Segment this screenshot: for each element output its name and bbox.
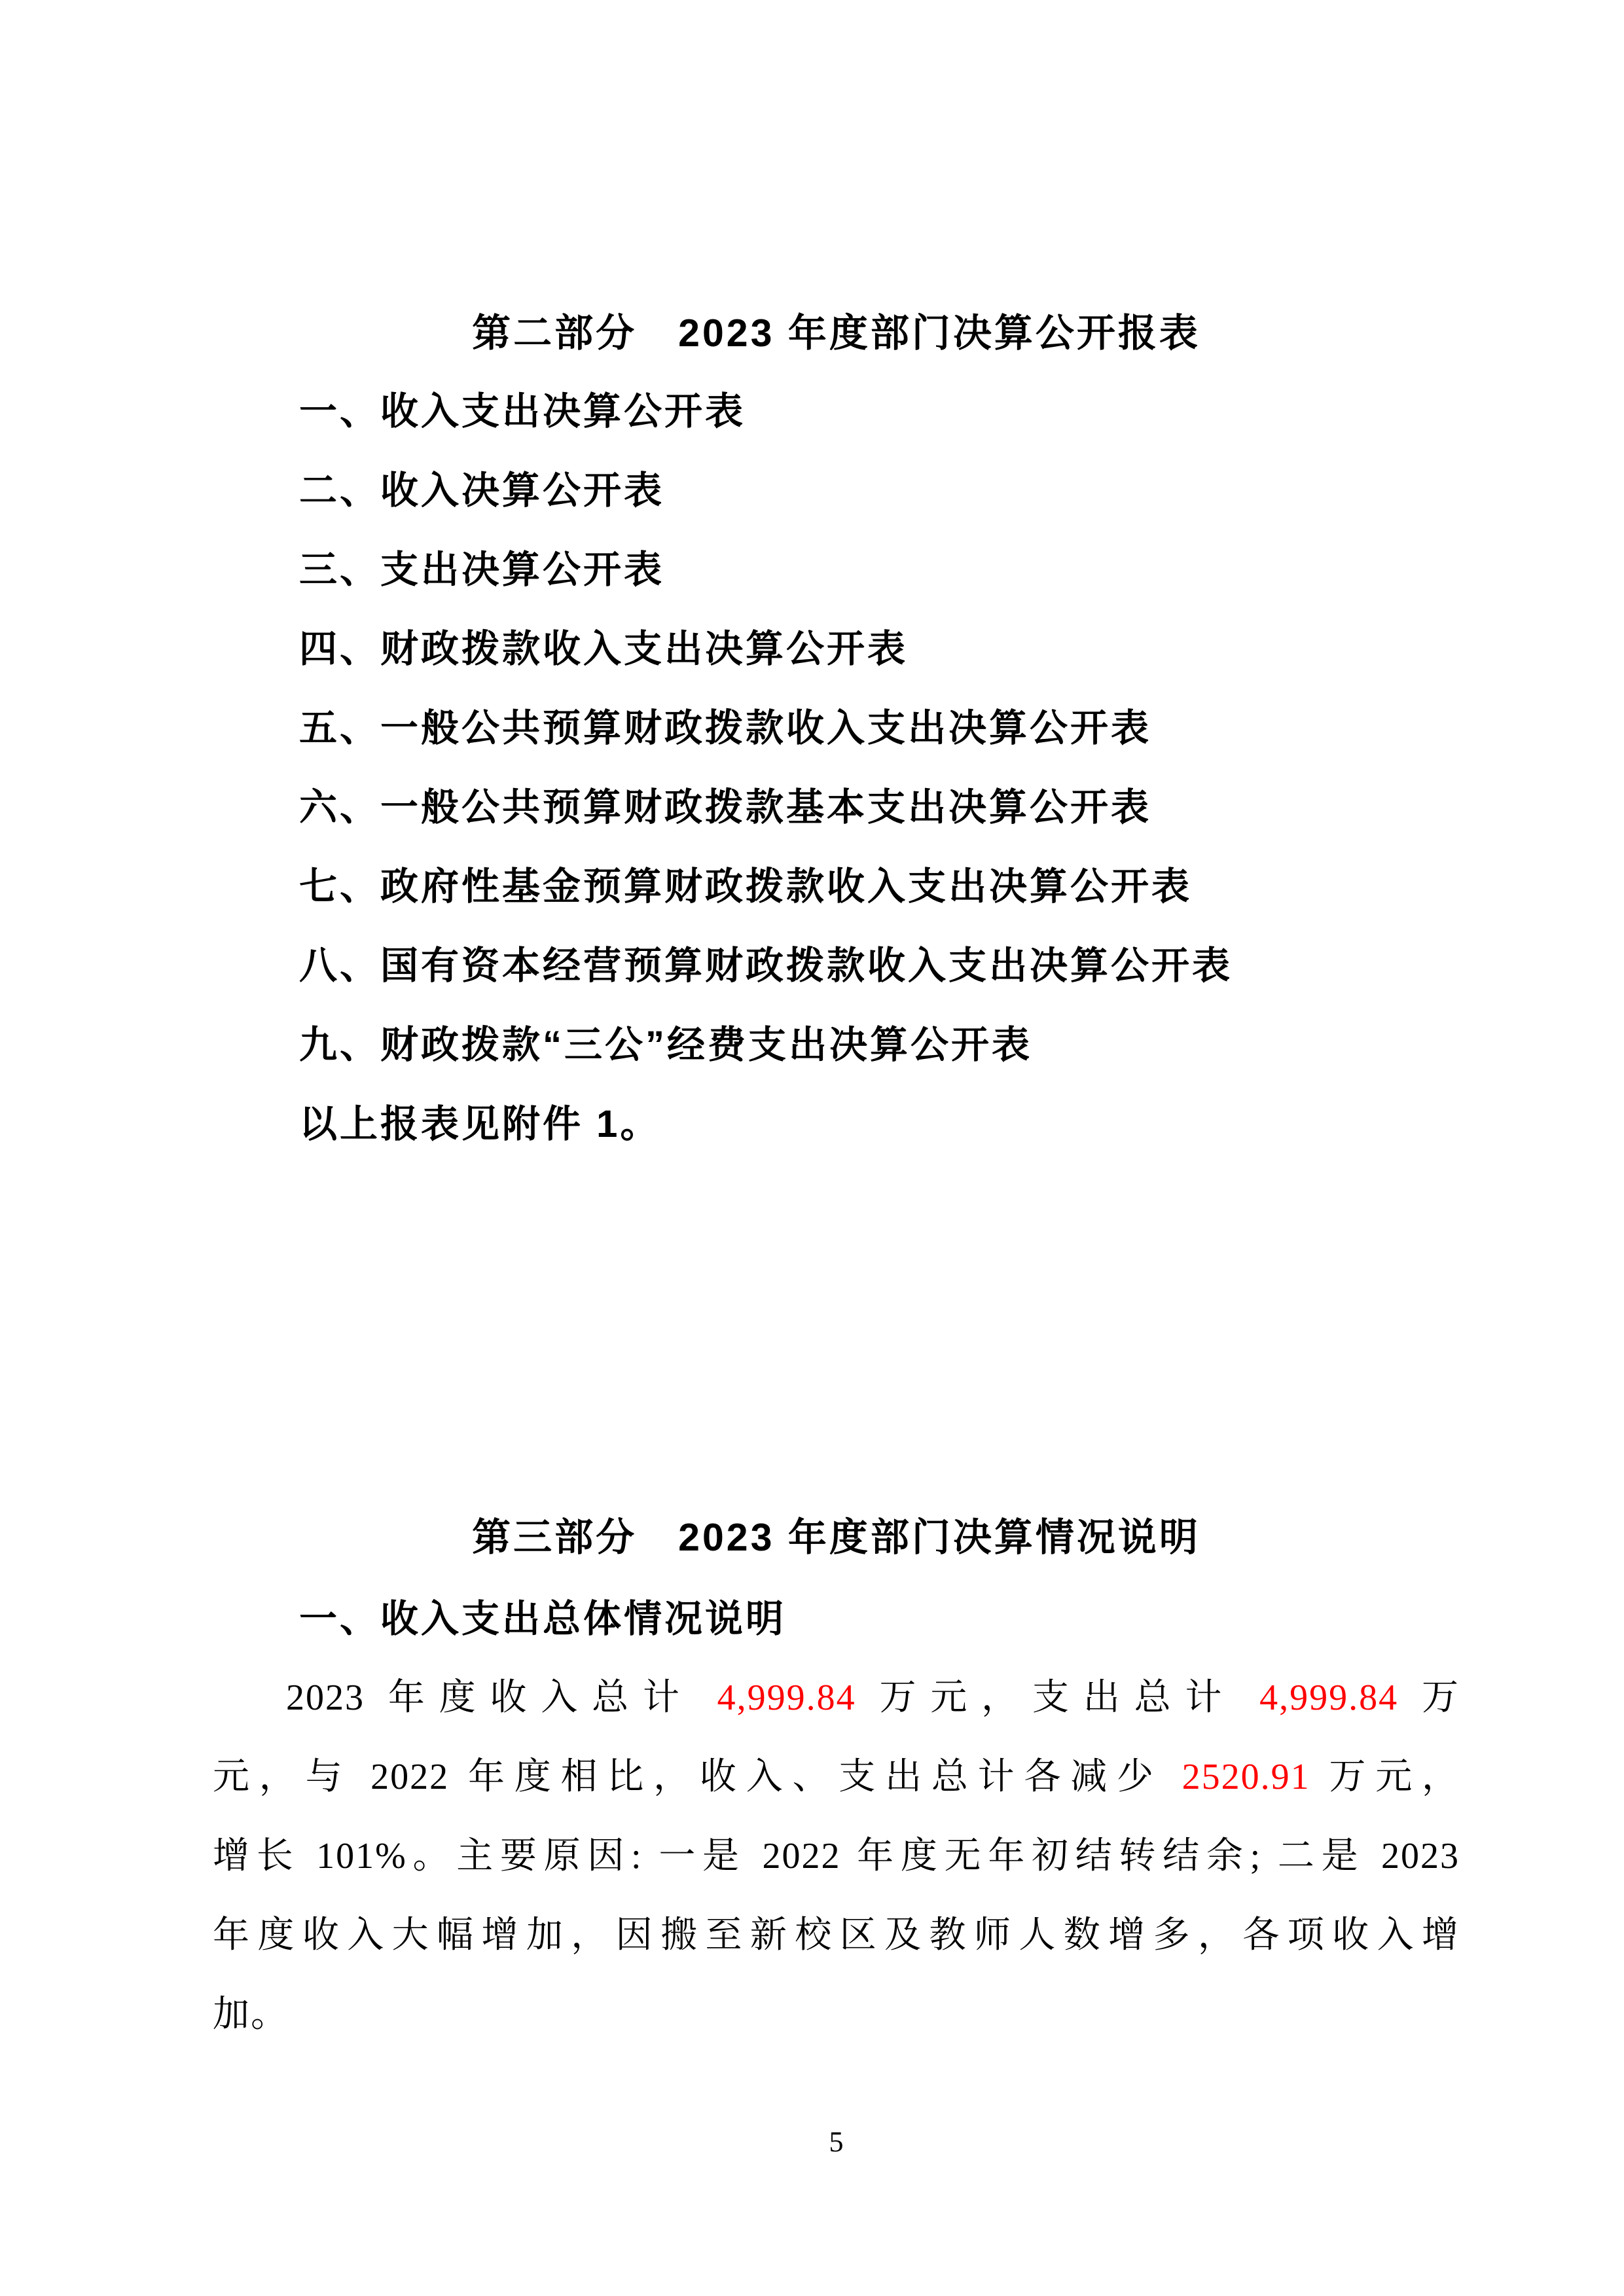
text-segment: 加。	[213, 1994, 289, 2035]
page-number: 5	[213, 2126, 1460, 2159]
highlighted-amount: 4,999.84	[1259, 1677, 1398, 1718]
attachment-note: 以上报表见附件 1。	[299, 1085, 1464, 1164]
report-list-item-1: 一、收入支出决算公开表	[299, 372, 1464, 451]
paragraph-line-2: 元，与 2022 年度相比，收入、支出总计各减少 2520.91 万元，	[213, 1738, 1460, 1817]
report-list-item-7: 七、政府性基金预算财政拨款收入支出决算公开表	[299, 847, 1464, 926]
document-page: 第二部分 2023 年度部门决算公开报表 一、收入支出决算公开表 二、收入决算公…	[0, 0, 1624, 2296]
paragraph-line-5: 加。	[213, 1975, 1460, 2054]
report-list-item-2: 二、收入决算公开表	[299, 451, 1464, 530]
highlighted-amount: 4,999.84	[717, 1677, 856, 1718]
paragraph-line-3: 增长 101%。主要原因: 一是 2022 年度无年初结转结余; 二是 2023	[213, 1817, 1460, 1896]
text-segment: 2023 年度收入总计	[286, 1677, 717, 1718]
text-segment: 元，与 2022 年度相比，收入、支出总计各减少	[213, 1757, 1182, 1797]
text-segment: 年度收入大幅增加，因搬至新校区及教师人数增多，各项收入增	[213, 1915, 1460, 1956]
text-segment: 万元，支出总计	[856, 1677, 1260, 1718]
report-list-item-9: 九、财政拨款“三公”经费支出决算公开表	[299, 1005, 1464, 1085]
highlighted-amount: 2520.91	[1182, 1757, 1310, 1797]
report-list-item-5: 五、一般公共预算财政拨款收入支出决算公开表	[299, 689, 1464, 768]
report-list-item-3: 三、支出决算公开表	[299, 530, 1464, 609]
section1-heading: 一、收入支出总体情况说明	[299, 1590, 1464, 1649]
report-list-item-6: 六、一般公共预算财政拨款基本支出决算公开表	[299, 768, 1464, 847]
report-list-item-8: 八、国有资本经营预算财政拨款收入支出决算公开表	[299, 926, 1464, 1005]
text-segment: 万元，	[1310, 1757, 1460, 1797]
paragraph-line-1: 2023 年度收入总计 4,999.84 万元，支出总计 4,999.84 万	[213, 1659, 1460, 1738]
part3-title: 第三部分 2023 年度部门决算情况说明	[213, 1508, 1460, 1567]
text-segment: 万	[1398, 1677, 1460, 1718]
summary-paragraph: 2023 年度收入总计 4,999.84 万元，支出总计 4,999.84 万 …	[213, 1659, 1460, 2054]
paragraph-line-4: 年度收入大幅增加，因搬至新校区及教师人数增多，各项收入增	[213, 1896, 1460, 1975]
part2-title: 第二部分 2023 年度部门决算公开报表	[213, 304, 1460, 363]
report-list-item-4: 四、财政拨款收入支出决算公开表	[299, 609, 1464, 689]
text-segment: 增长 101%。主要原因: 一是 2022 年度无年初结转结余; 二是 2023	[213, 1836, 1460, 1876]
part2-report-list: 一、收入支出决算公开表 二、收入决算公开表 三、支出决算公开表 四、财政拨款收入…	[299, 372, 1464, 1164]
